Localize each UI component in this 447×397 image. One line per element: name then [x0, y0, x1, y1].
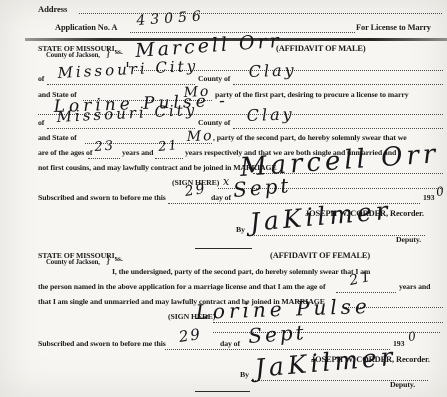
groom-age-handwritten: 23 — [94, 140, 115, 154]
male-sworn-label: Subscribed and sworn to before me this — [38, 194, 166, 202]
male-ss-label: ss. — [115, 48, 123, 56]
groom-county-handwritten: Clay — [248, 62, 296, 80]
bride-age-handwritten: 21 — [158, 139, 180, 154]
brace-glyph: } — [105, 45, 111, 58]
dotted-line — [233, 83, 443, 85]
address-label: Address — [38, 5, 67, 14]
female-by-label: By — [240, 371, 249, 379]
female-year-digit-handwritten: 0 — [407, 330, 416, 343]
dotted-line — [155, 157, 183, 159]
female-sworn-day-handwritten: 29 — [178, 327, 203, 345]
male-sworn-month-handwritten: Sept — [232, 175, 292, 200]
dotted-line — [233, 127, 443, 129]
female-years-and-label: years and — [399, 283, 430, 291]
male-affidavit-heading: (AFFIDAVIT OF MALE) — [276, 45, 366, 53]
female-oath-line1: I, the undersigned, party of the second … — [112, 268, 370, 276]
application-number-value: 43056 — [136, 9, 206, 28]
male-county-of-label: County of — [198, 75, 230, 83]
male-first-part-text: party of the first part, desiring to pro… — [215, 91, 409, 99]
male-and-state-of-label-2: and State of — [38, 134, 77, 142]
female-deputy-label: Deputy. — [390, 381, 415, 389]
female-ss-label: ss. — [115, 255, 123, 263]
bride-city-handwritten: Missouri City — [56, 103, 197, 125]
dotted-line — [88, 157, 120, 159]
male-deputy-label: Deputy. — [396, 236, 421, 244]
male-county-of-label-2: County of — [198, 119, 230, 127]
brace-glyph: } — [105, 252, 111, 265]
female-day-of-label: day of — [220, 340, 240, 348]
male-year-digit-handwritten: 0 — [435, 185, 444, 198]
male-years-and-label: years and — [122, 149, 153, 157]
male-day-of-label: day of — [211, 194, 231, 202]
female-county-label: County of Jackson, — [46, 260, 100, 267]
male-sworn-day-handwritten: 29 — [184, 182, 208, 199]
marriage-license-application-document: Address Application No. A 43056 For Lice… — [0, 0, 447, 397]
female-sworn-label: Subscribed and sworn to before me this — [38, 340, 166, 348]
male-of-label-2: of — [38, 119, 44, 127]
groom-city-handwritten: Missouri City — [57, 59, 198, 81]
female-age-handwritten: 21 — [348, 269, 374, 288]
male-of-label: of — [38, 75, 44, 83]
male-by-label: By — [236, 226, 245, 234]
female-oath-line2: the person named in the above applicatio… — [38, 283, 325, 291]
dotted-line — [79, 12, 442, 14]
dotted-line — [47, 83, 195, 85]
dotted-line — [47, 127, 195, 129]
bride-signature-handwritten: Lorine Pulse — [195, 296, 371, 322]
solid-line — [195, 390, 250, 392]
male-county-label: County of Jackson, — [46, 53, 100, 60]
female-sworn-month-handwritten: Sept — [248, 322, 308, 346]
male-second-part-text: , party of the second part, do hereby so… — [213, 134, 407, 142]
sign-x-mark: x — [223, 176, 229, 187]
application-number-label: Application No. A — [55, 24, 117, 32]
bride-county-handwritten: Clay — [246, 106, 294, 124]
dotted-line — [336, 291, 396, 293]
female-affidavit-heading: (AFFIDAVIT OF FEMALE) — [270, 252, 370, 260]
male-ages-label: are of the ages of — [38, 149, 92, 157]
bride-state-handwritten: Mo — [187, 129, 214, 144]
for-license-to-marry-label: For License to Marry — [356, 24, 431, 32]
male-year-prefix: 193 — [423, 194, 434, 202]
groom-name-handwritten: Marcell Orr — [135, 32, 283, 61]
solid-line — [195, 247, 252, 249]
